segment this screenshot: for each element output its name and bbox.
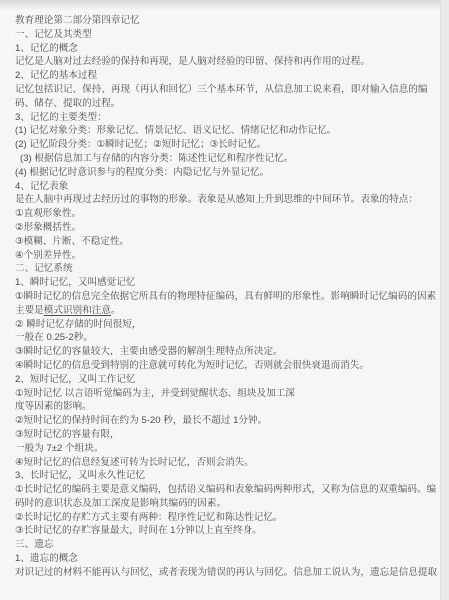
text-line: 一般在 0.25-2秒。 <box>15 331 426 345</box>
sub-heading: 2、短时记忆，又叫工作记忆 <box>15 373 426 387</box>
text-line: 对识记过的材料不能再认与回忆，或者表现为错误的再认与回忆。信息加工说认为，遗忘是… <box>15 566 426 580</box>
document-content: 教育理论第二部分第四章记忆一、记忆及其类型1、记忆的概念记忆是人脑对过去经验的保… <box>0 10 440 580</box>
sub-heading: 3、长时记忆，又叫永久性记忆 <box>15 469 426 483</box>
text-line: ②长时记忆的存贮方式主要有两种：程序性记忆和陈达性记忆。 <box>15 511 426 525</box>
text-line: (2) 记忆阶段分类：①瞬时记忆；②短时记忆；③长时记忆。 <box>15 138 426 152</box>
text-line: ② 瞬时记忆存储的时间很短， <box>15 318 426 332</box>
text-line: 度等因素的影响。 <box>15 400 426 414</box>
page-top-shadow <box>0 0 440 10</box>
text-segment: 。 <box>111 305 121 316</box>
text-line: 记忆包括识记、保持、再现（再认和回忆）三个基本环节，从信息加工说来看，即对输入信… <box>15 83 426 97</box>
text-line: ①长时记忆的编码主要是意义编码，包括语义编码和表象编码两种形式，又称为信息的双重… <box>15 483 426 497</box>
text-line: (4) 根据记忆时意识参与的程度分类：内隐记忆与外显记忆。 <box>15 166 426 180</box>
sub-heading: 1、记忆的概念 <box>15 42 426 56</box>
sub-heading: 2、记忆的基本过程 <box>15 69 426 83</box>
text-line: 码、储存、提取的过程。 <box>15 97 426 111</box>
text-line: 记忆是人脑对过去经验的保持和再现，是人脑对经验的印留、保持和再作用的过程。 <box>15 55 426 69</box>
text-line: ③模糊、片断、不稳定性。 <box>15 235 426 249</box>
text-line: 是在人脑中再现过去经历过的事物的形象。表象是从感知上升到思维的中间环节。表象的特… <box>15 193 426 207</box>
text-line: ③长时记忆的存贮容量最大，时间在 1分钟以上直至终身。 <box>15 524 426 538</box>
text-line: ④个别差异性。 <box>15 249 426 263</box>
text-line: ③瞬时记忆的容量较大，主要由感受器的解剖生理特点所决定。 <box>15 345 426 359</box>
text-line: (3) 根据信息加工与存储的内容分类：陈述性记忆和程序性记忆。 <box>15 152 426 166</box>
text-line: ②短时记忆的保持时间在约为 5-20 秒，最长不超过 1分钟。 <box>15 414 426 428</box>
section-heading: 三、遗忘 <box>15 538 426 552</box>
text-line: 码时的意识状态及加工深度是影响其编码的因素。 <box>15 497 426 511</box>
section-heading: 一、记忆及其类型 <box>15 28 426 42</box>
text-line: ④短时记忆的信息经复述可转为长时记忆，否则会消失。 <box>15 456 426 470</box>
text-line: ①短时记忆 以言语听觉编码为主，并受到觉醒状态、组块及加工深 <box>15 387 426 401</box>
sub-heading: 1、遗忘的概念 <box>15 552 426 566</box>
text-line: ②形象概括性。 <box>15 221 426 235</box>
doc-title: 教育理论第二部分第四章记忆 <box>15 14 426 28</box>
text-line: ④瞬时记忆的信息受到特别的注意就可转化为短时记忆，否则就会很快衰退而消失。 <box>15 359 426 373</box>
section-heading: 二、记忆系统 <box>15 262 426 276</box>
text-line: ①直观形象性。 <box>15 207 426 221</box>
document-page: 教育理论第二部分第四章记忆一、记忆及其类型1、记忆的概念记忆是人脑对过去经验的保… <box>0 0 441 600</box>
text-line: (1) 记忆对象分类：形象记忆、情景记忆、语义记忆、情绪记忆和动作记忆。 <box>15 124 426 138</box>
text-line: ③短时记忆的容量有限， <box>15 428 426 442</box>
sub-heading: 1、瞬时记忆，又叫感觉记忆 <box>15 276 426 290</box>
text-line: 主要是模式识别和注意。 <box>15 304 426 318</box>
sub-heading: 4、记忆表象 <box>15 180 426 194</box>
text-line: ①瞬时记忆的信息完全依据它所具有的物理特征编码，具有鲜明的形象性。影响瞬时记忆编… <box>15 290 426 304</box>
sub-heading: 3、记忆的主要类型： <box>15 111 426 125</box>
text-line: 一般为 7±2 个组块。 <box>15 442 426 456</box>
text-segment: 主要是 <box>15 305 44 316</box>
underlined-text: 模式识别和注意 <box>44 305 111 316</box>
